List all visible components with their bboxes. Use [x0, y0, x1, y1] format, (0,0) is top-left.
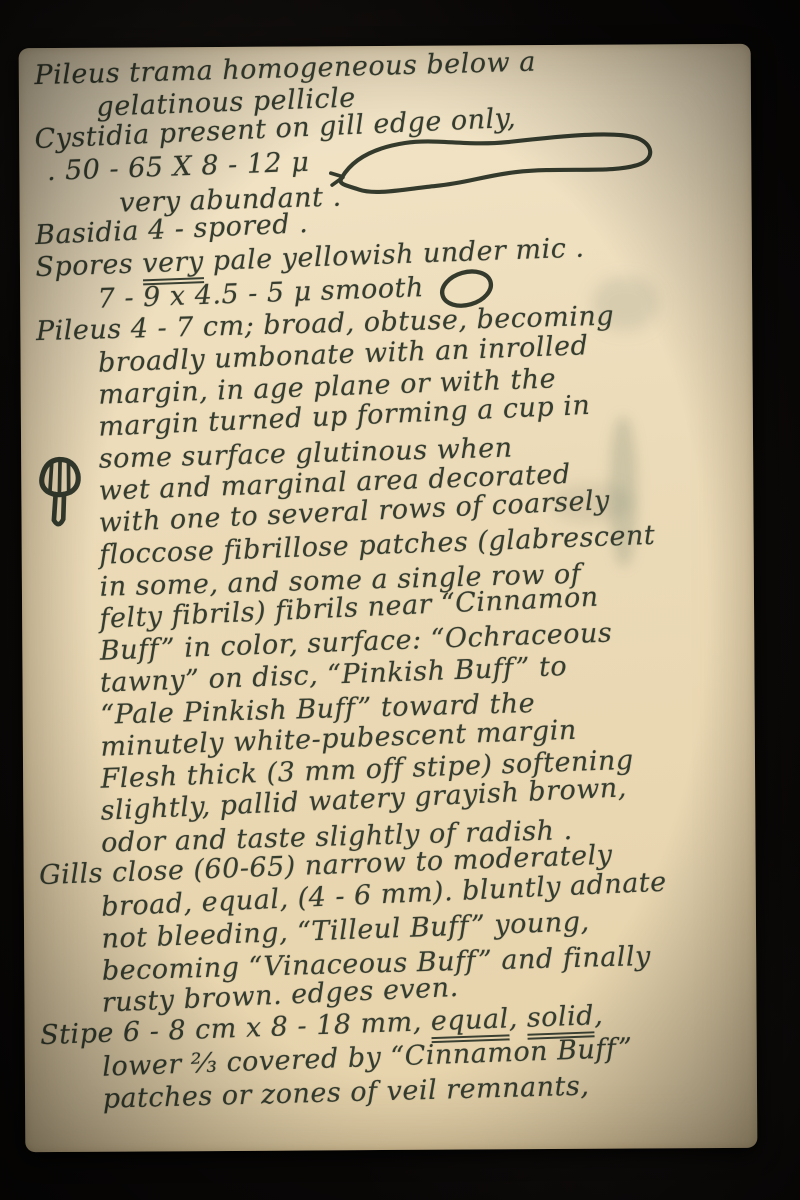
- note-card: Pileus trama homogeneous below agelatino…: [19, 44, 758, 1152]
- handwritten-text: ,: [508, 1003, 527, 1035]
- handwritten-text: ,: [593, 1000, 603, 1031]
- note-lines: Pileus trama homogeneous below agelatino…: [35, 56, 743, 1116]
- handwritten-text: Spores: [35, 248, 143, 283]
